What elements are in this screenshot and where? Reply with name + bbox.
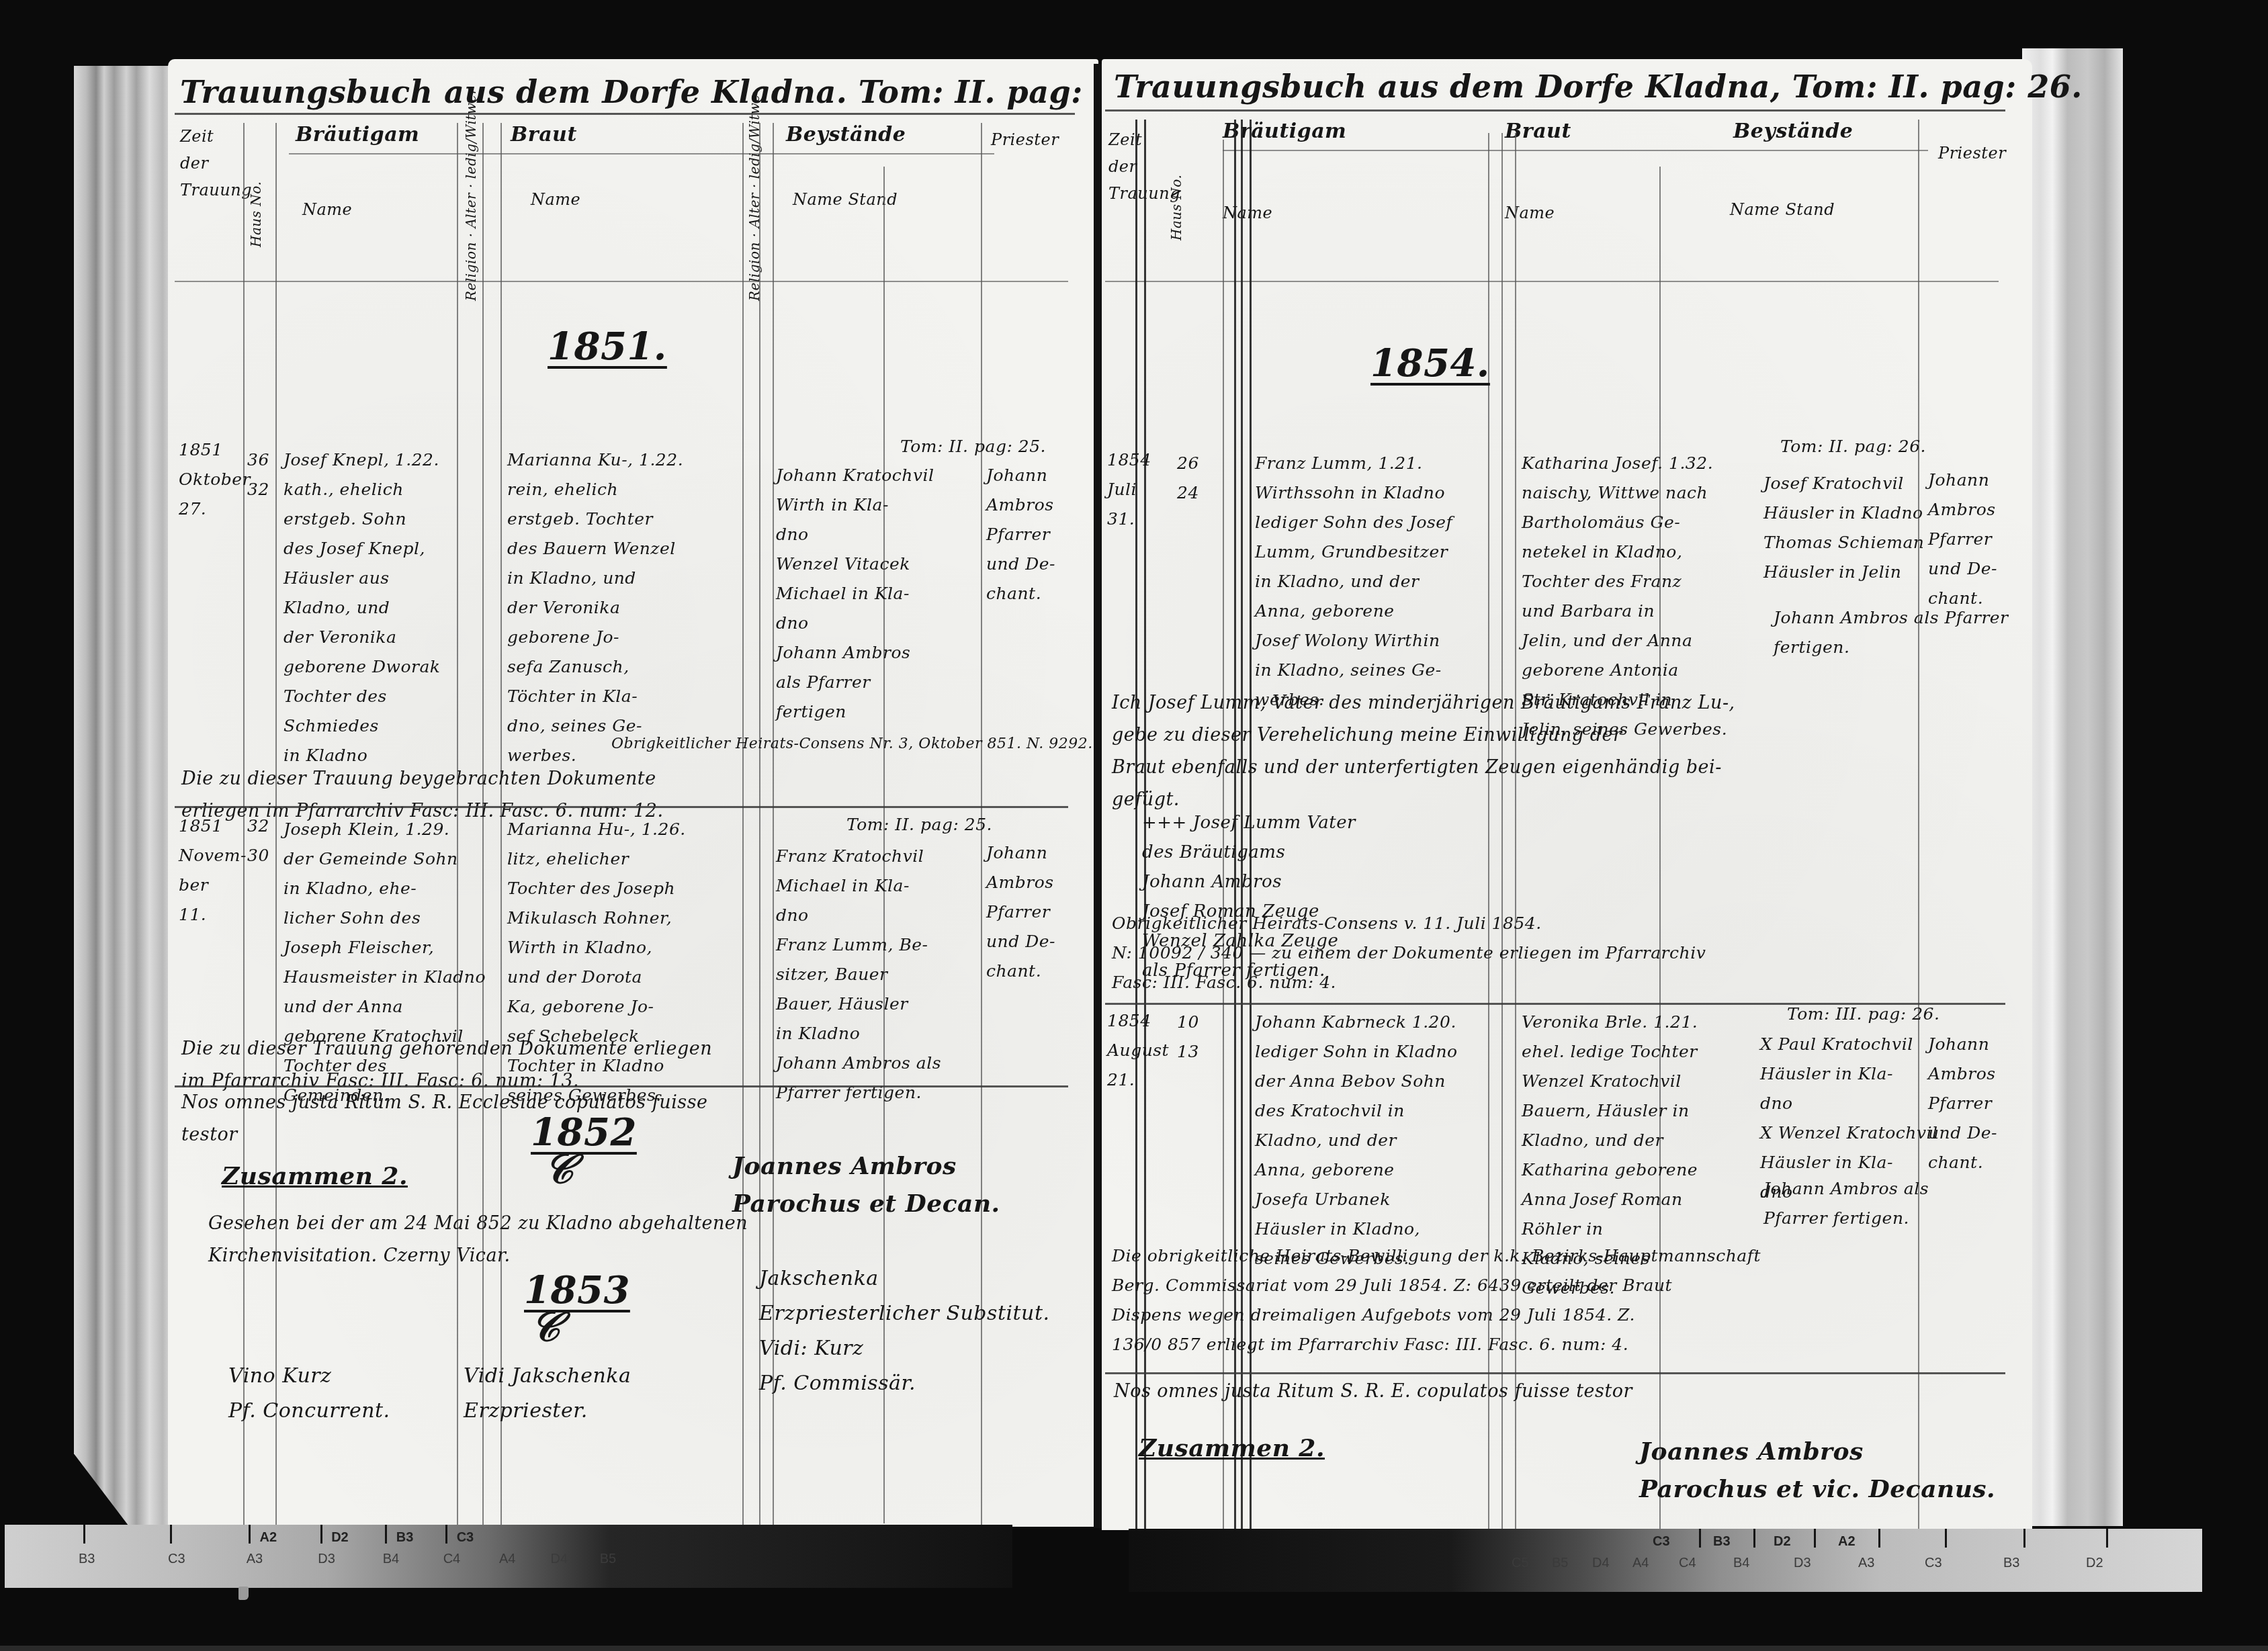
entry-witnesses: Franz Kratochvil Michael in Kla- dno Fra… <box>776 842 941 1108</box>
ruler-label: A3 <box>247 1552 263 1567</box>
signature-block: Vino Kurz Pf. Concurrent. <box>228 1359 390 1429</box>
entry-date: 1854 August 21. <box>1107 1006 1169 1095</box>
paraph-mark: 𝒞 <box>544 1151 574 1188</box>
title-rule <box>1105 109 2005 111</box>
ruler-tick <box>1753 1529 1755 1548</box>
col-header-house-no: Haus No. <box>249 126 263 247</box>
page-title: Trauungsbuch aus dem Dorfe Kladna. Tom: … <box>180 74 1149 110</box>
ruler-label: A4 <box>1632 1556 1649 1571</box>
entry-consent-note: Die obrigkeitliche Heirats-Bewilligung d… <box>1112 1241 1761 1359</box>
entry-groom: Johann Kabrneck 1.20. lediger Sohn in Kl… <box>1255 1008 1458 1274</box>
ruler-label: B3 <box>2003 1556 2019 1571</box>
entry-separator <box>1105 1372 2005 1374</box>
yearly-total: Zusammen 2. <box>1139 1429 1325 1467</box>
entry-witnesses: Johann Kratochvil Wirth in Kla- dno Wenz… <box>776 461 934 727</box>
entry-separator <box>175 806 1068 808</box>
ruler-label: A3 <box>1858 1556 1874 1571</box>
year-heading-1851: 1851. <box>548 324 667 369</box>
ruler-label: D4 <box>1592 1556 1610 1571</box>
ruler-label: C3 <box>1653 1534 1670 1550</box>
latin-attestation: Nos omnes justa Ritum S. R. E. copulatos… <box>1114 1376 1632 1408</box>
ruler-tick <box>249 1525 251 1544</box>
ruler-tick <box>385 1525 387 1544</box>
col-header-bride-name: Name <box>1505 204 1555 222</box>
ruler-label: D2 <box>331 1530 349 1546</box>
scan-bottom-border <box>0 1646 2268 1651</box>
parental-consent-declaration: Ich Josef Lumm, Vater des minderjährigen… <box>1112 687 1735 816</box>
entry-groom: Franz Lumm, 1.21. Wirthssohn in Kladno l… <box>1255 449 1452 715</box>
col-header-bride: Braut <box>511 123 577 146</box>
entry-priest: Johann Ambros Pfarrer und De- chant. <box>1928 465 1997 613</box>
signature-block: Vidi Jakschenka Erzpriester. <box>464 1359 631 1429</box>
ruler-label: A2 <box>1838 1534 1856 1550</box>
entry-consent-note: Obrigkeitlicher Heirats-Consens Nr. 3, O… <box>611 731 1093 758</box>
register-page-left: Trauungsbuch aus dem Dorfe Kladna. Tom: … <box>168 59 1098 1527</box>
ruler-label: D4 <box>551 1552 568 1567</box>
col-header-priest: Priester <box>1938 140 1992 167</box>
ruler-label: B3 <box>79 1552 95 1567</box>
title-rule <box>175 113 1075 115</box>
header-subrule <box>1223 150 1928 151</box>
yearly-total: Zusammen 2. <box>222 1157 408 1195</box>
col-rule <box>742 123 744 1527</box>
ruler-tick <box>1814 1529 1816 1548</box>
entry-priest: Johann Ambros Pfarrer und De- chant. <box>1928 1030 1997 1177</box>
ruler-label: A4 <box>499 1552 515 1567</box>
entry-groom: Josef Knepl, 1.22. kath., ehelich erstge… <box>283 445 440 770</box>
col-header-priest: Priester <box>991 126 1045 153</box>
ruler-label: D3 <box>1794 1556 1811 1571</box>
scan-background: Trauungsbuch aus dem Dorfe Kladna. Tom: … <box>0 0 2268 1651</box>
entry-house-no: 36 32 <box>247 445 269 504</box>
priest-signature: Joannes Ambros Parochus et vic. Decanus. <box>1639 1433 1995 1508</box>
ruler-label: D2 <box>1774 1534 1791 1550</box>
header-subrule <box>289 153 994 154</box>
priest-signature: Joannes Ambros Parochus et Decan. <box>732 1147 1000 1222</box>
ruler-label: D2 <box>2086 1556 2103 1571</box>
entry-witness-ref: Tom: II. pag: 25. <box>900 432 1046 461</box>
ruler-tick <box>2106 1529 2108 1548</box>
ruler-reflection <box>238 1587 249 1600</box>
col-header-witnesses-sub: Name Stand <box>793 190 898 209</box>
col-header-groom-name: Name <box>1223 204 1272 222</box>
measurement-ruler-right: C3 B3 D2 A2 C5 B5 D4 A4 C4 B4 D3 A3 C3 B… <box>1129 1529 2202 1592</box>
signature-block: Jakschenka Erzpriesterlicher Substitut. … <box>759 1261 1050 1401</box>
entry-date: 1854 Juli 31. <box>1107 445 1151 534</box>
header-bottom-rule <box>1105 281 1999 282</box>
book-page-edges-left <box>74 66 175 1527</box>
col-header-groom-name: Name <box>302 200 352 219</box>
col-header-witnesses-sub: Name Stand <box>1730 200 1835 219</box>
ruler-label: B5 <box>600 1552 616 1567</box>
col-header-groom: Bräutigam <box>296 123 419 146</box>
ruler-tick <box>445 1525 447 1544</box>
col-header-groom-details: Religion · Alter · ledig/Witwer <box>464 140 478 301</box>
ruler-label: B4 <box>383 1552 399 1567</box>
ruler-label: B4 <box>1733 1556 1749 1571</box>
col-header-witnesses: Beystände <box>786 123 906 146</box>
year-heading-1854: 1854. <box>1370 341 1490 386</box>
entry-signer: Johann Ambros als Pfarrer fertigen. <box>1774 603 2009 662</box>
ruler-tick <box>1878 1529 1880 1548</box>
ruler-tick <box>2023 1529 2025 1548</box>
page-title: Trauungsbuch aus dem Dorfe Kladna, Tom: … <box>1114 69 2083 105</box>
col-header-bride-name: Name <box>531 190 580 209</box>
ruler-label: A2 <box>260 1530 277 1546</box>
measurement-ruler-left: A2 D2 B3 C3 B3 C3 A3 D3 B4 C4 A4 D4 B5 <box>5 1525 1012 1588</box>
ruler-label: C4 <box>443 1552 461 1567</box>
entry-priest: Johann Ambros Pfarrer und De- chant. <box>986 461 1055 609</box>
ruler-label: C3 <box>457 1530 474 1546</box>
ruler-label: C5 <box>1512 1556 1529 1571</box>
entry-house-no: 32 30 <box>247 811 269 871</box>
header-bottom-rule <box>175 281 1068 282</box>
entry-witness-ref: Tom: II. pag: 26. <box>1780 432 1926 461</box>
ruler-tick <box>1945 1529 1947 1548</box>
ruler-label: B3 <box>1713 1534 1731 1550</box>
col-rule <box>1918 120 1919 1530</box>
ruler-tick <box>320 1525 322 1544</box>
entry-date: 1851 Novem- ber 11. <box>179 811 247 930</box>
col-header-house-no: Haus No. <box>1169 133 1184 240</box>
entry-priest: Johann Ambros Pfarrer und De- chant. <box>986 838 1055 986</box>
ruler-label: B5 <box>1552 1556 1568 1571</box>
entry-witness-ref: Tom: II. pag: 25. <box>846 810 992 840</box>
book-gutter <box>1094 64 1102 1528</box>
visitation-note: Gesehen bei der am 24 Mai 852 zu Kladno … <box>208 1208 748 1272</box>
entry-house-no: 26 24 <box>1177 449 1199 508</box>
entry-witnesses: Josef Kratochvil Häusler in Kladno Thoma… <box>1763 469 1924 587</box>
entry-signer: Johann Ambros als Pfarrer fertigen. <box>1763 1174 1929 1233</box>
ruler-label: C3 <box>168 1552 185 1567</box>
entry-witness-ref: Tom: III. pag: 26. <box>1787 999 1939 1029</box>
register-page-right: Trauungsbuch aus dem Dorfe Kladna, Tom: … <box>1102 59 2032 1530</box>
ruler-label: B3 <box>396 1530 414 1546</box>
book-page-edges-right <box>2022 48 2123 1526</box>
col-header-witnesses: Beystände <box>1733 120 1853 143</box>
ruler-tick <box>83 1525 85 1544</box>
ruler-label: D3 <box>318 1552 335 1567</box>
ruler-label: C3 <box>1925 1556 1942 1571</box>
entry-consent-note: Obrigkeitlicher Heirats-Consens v. 11. J… <box>1112 909 1706 997</box>
ruler-tick <box>170 1525 172 1544</box>
entry-house-no: 10 13 <box>1177 1008 1199 1067</box>
ruler-label: C4 <box>1679 1556 1696 1571</box>
entry-bride: Marianna Ku-, 1.22. rein, ehelich erstge… <box>507 445 683 770</box>
entry-date: 1851 Oktober 27. <box>179 435 251 524</box>
paraph-mark: 𝒞 <box>531 1308 560 1346</box>
ruler-tick <box>1699 1529 1701 1548</box>
col-header-date: Zeit der Trauung <box>180 123 234 204</box>
